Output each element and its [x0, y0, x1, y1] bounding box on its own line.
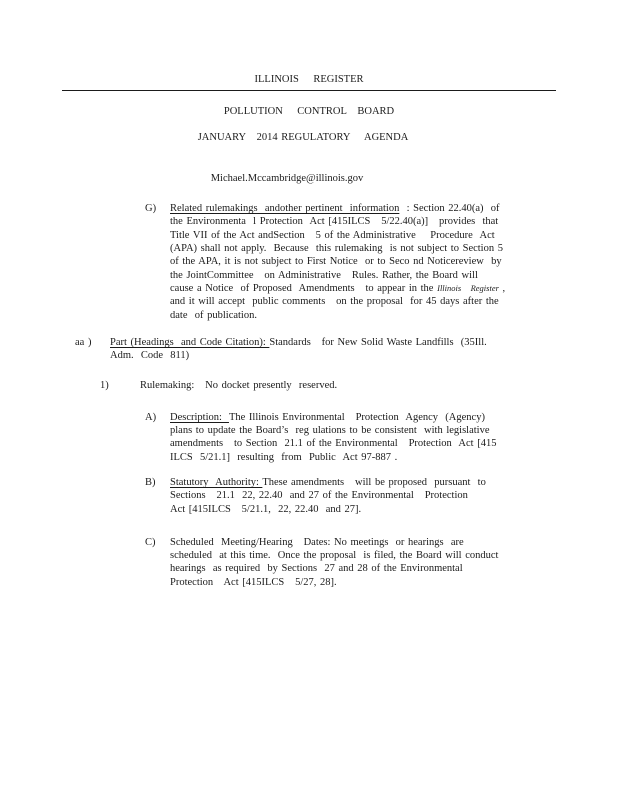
agenda-title: JANUARY 2014 REGULATORY AGENDA	[0, 131, 612, 144]
item-a-text: Description: The Illinois Environmental …	[170, 411, 618, 464]
item-aa: aa ) Part (Headings and Code Citation): …	[0, 336, 618, 363]
item-c-text: Scheduled Meeting/Hearing Dates: No meet…	[170, 536, 618, 589]
item-g-text: Related rulemakings andother pertinent i…	[170, 202, 618, 322]
item-b-heading: Statutory Authority:	[170, 477, 262, 488]
item-b-text: Statutory Authority: These amendments wi…	[170, 476, 618, 516]
item-g: G) Related rulemakings andother pertinen…	[0, 202, 618, 322]
masthead: ILLINOIS REGISTER	[62, 73, 556, 91]
item-aa-heading: Part (Headings and Code Citation):	[110, 337, 269, 348]
item-g-label: G)	[145, 202, 170, 215]
item-1-text: Rulemaking: No docket presently reserved…	[140, 379, 618, 392]
item-a-label: A)	[145, 411, 170, 424]
item-g-body-1: : Section 22.40(a) of the Environmenta l…	[170, 203, 503, 294]
item-b: B) Statutory Authority: These amendments…	[0, 476, 618, 516]
item-aa-label: aa )	[75, 336, 110, 349]
item-1-label: 1)	[100, 379, 140, 392]
org-title: POLLUTION CONTROL BOARD	[0, 105, 618, 118]
item-aa-text: Part (Headings and Code Citation): Stand…	[110, 336, 618, 363]
item-g-heading: Related rulemakings andother pertinent i…	[170, 203, 399, 214]
item-b-label: B)	[145, 476, 170, 489]
contact-email: Michael.Mccambridge@illinois.gov	[0, 172, 596, 185]
masthead-title: ILLINOIS REGISTER	[255, 74, 364, 85]
item-c: C) Scheduled Meeting/Hearing Dates: No m…	[0, 536, 618, 589]
item-a-heading: Description:	[170, 412, 229, 423]
item-c-label: C)	[145, 536, 170, 549]
item-a: A) Description: The Illinois Environment…	[0, 411, 618, 464]
illinois-register-italic: Illinois Register	[437, 283, 499, 293]
document-page: ILLINOIS REGISTER POLLUTION CONTROL BOAR…	[0, 0, 618, 800]
item-1: 1) Rulemaking: No docket presently reser…	[0, 379, 618, 392]
